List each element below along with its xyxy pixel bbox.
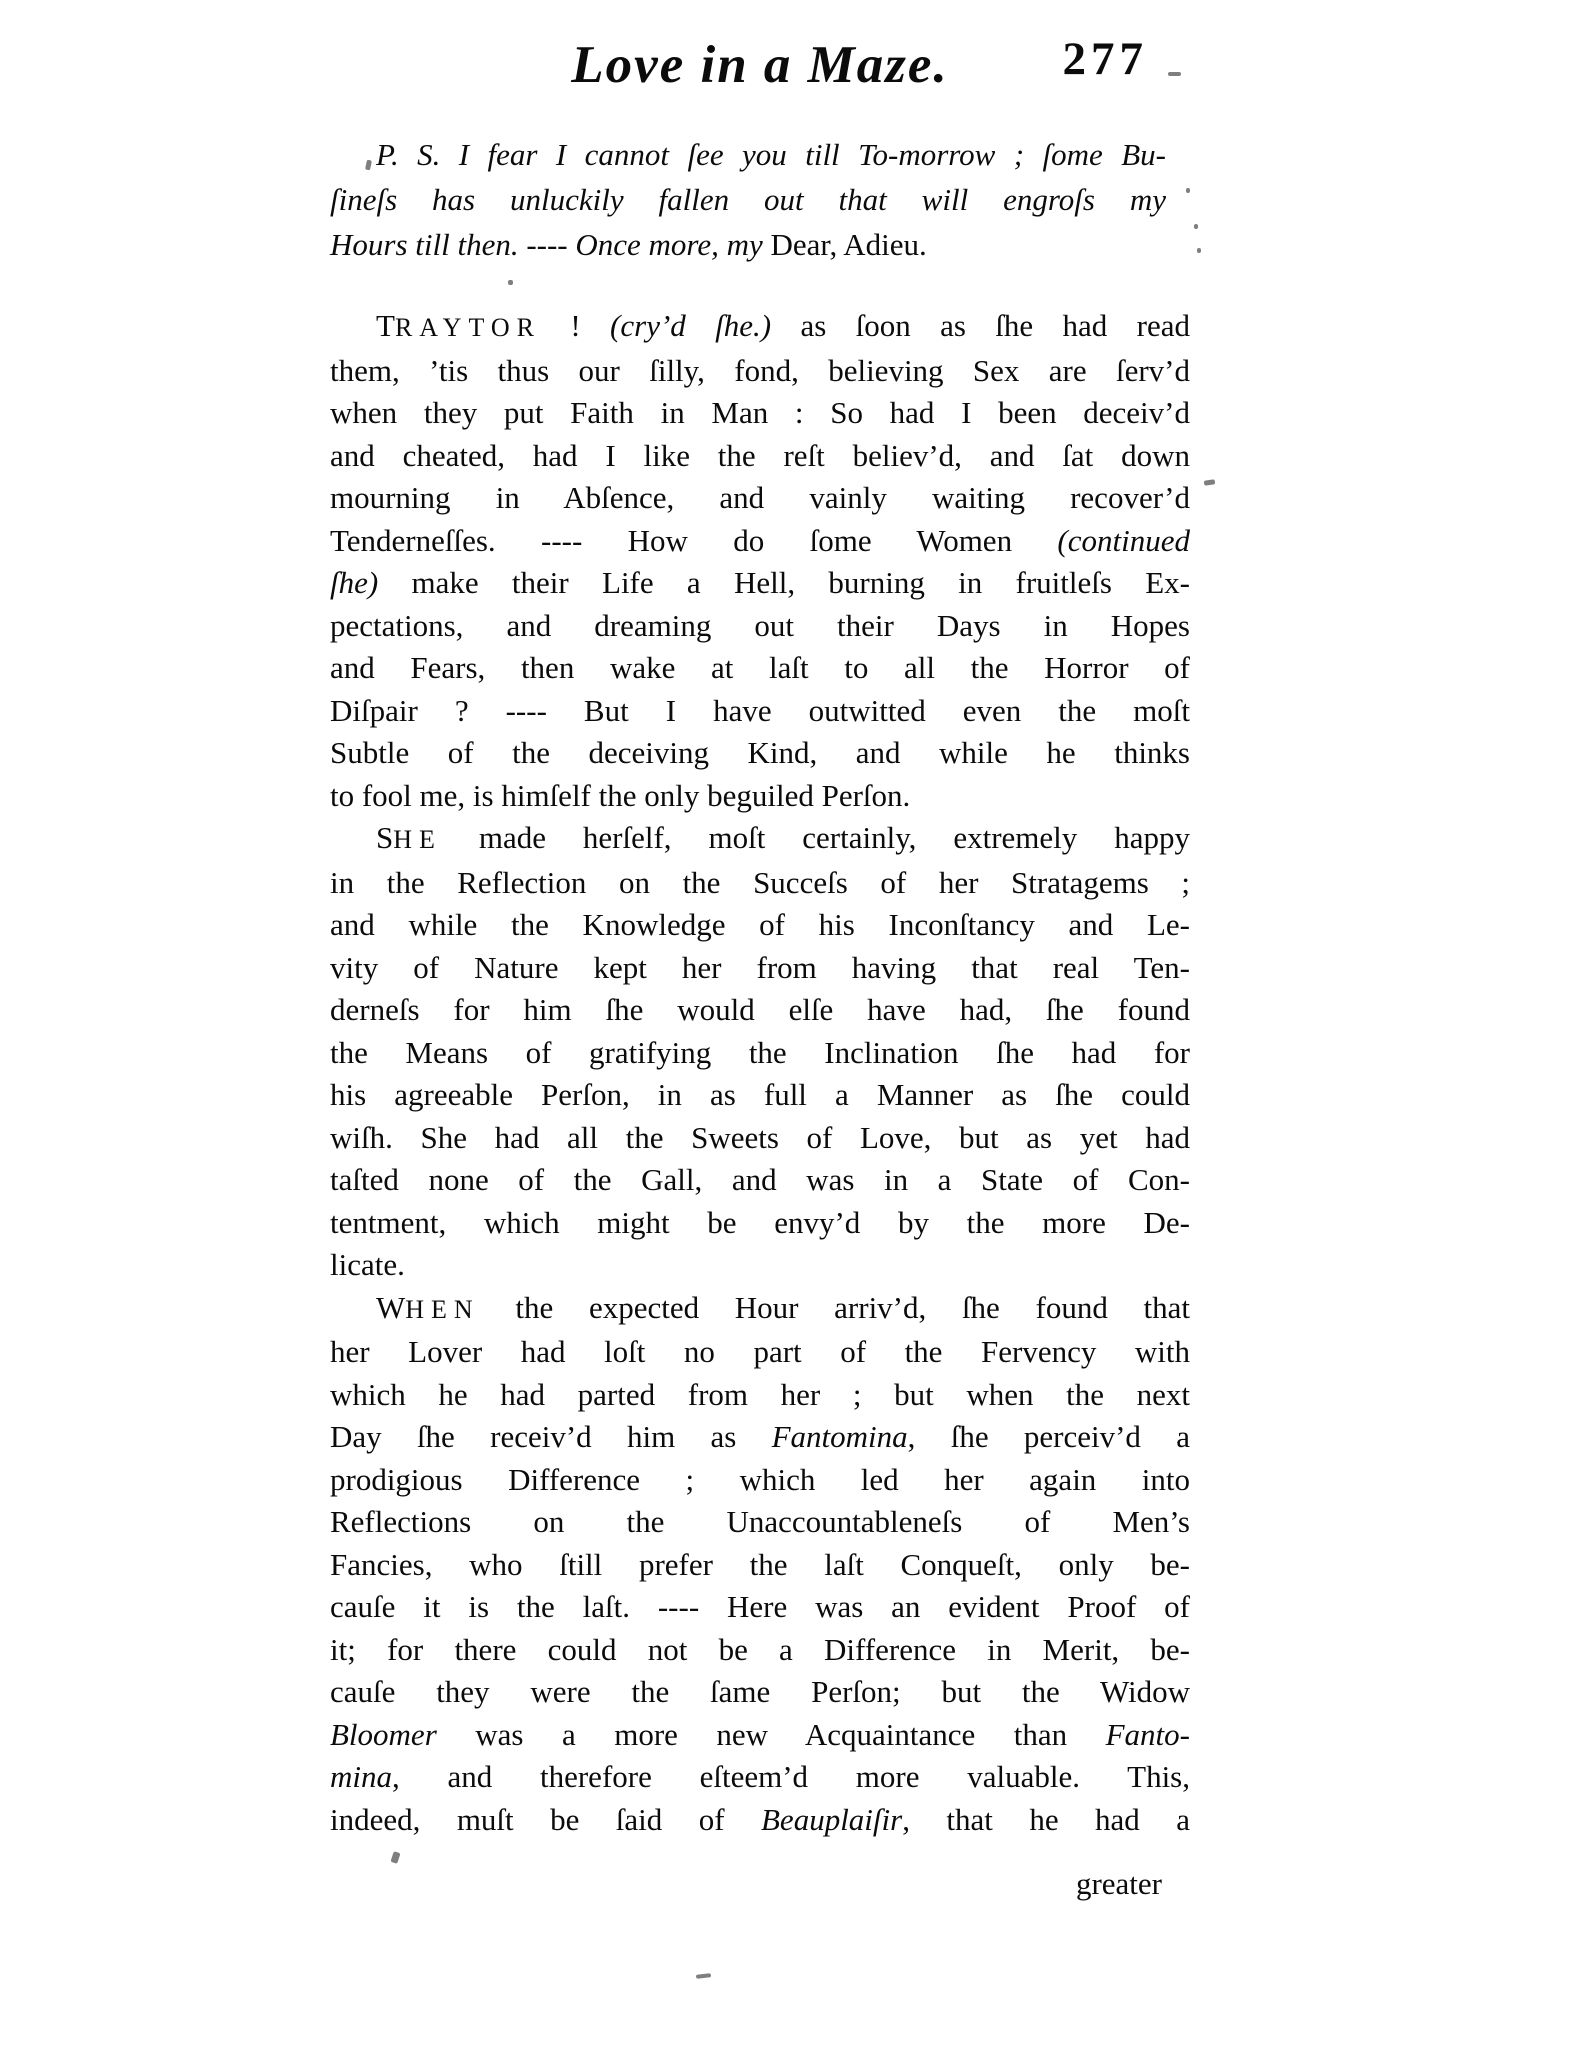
text-segment: made herſelf, moſt certainly, extremely … xyxy=(442,820,1190,855)
text-segment: , ſhe perceiv’d a xyxy=(908,1419,1190,1454)
text-line: wiſh. She had all the Sweets of Love, bu… xyxy=(330,1117,1190,1160)
catchword-row: greater xyxy=(330,1863,1190,1905)
text-line: and cheated, had I like the reſt believ’… xyxy=(330,435,1190,478)
text-segment: cauſe they were the ſame Perſon; but the… xyxy=(330,1674,1190,1709)
text-line: and while the Knowledge of his Inconſtan… xyxy=(330,904,1190,947)
text-line: cauſe they were the ſame Perſon; but the… xyxy=(330,1671,1190,1714)
text-segment: Hours till then. ---- Once more, my xyxy=(330,227,771,262)
text-line: in the Reflection on the Succeſs of her … xyxy=(330,862,1190,905)
paragraph-when: WHEN the expected Hour arriv’d, ſhe foun… xyxy=(330,1287,1190,1842)
text-segment: wiſh. She had all the Sweets of Love, bu… xyxy=(330,1120,1190,1155)
text-segment: cauſe it is the laſt. ---- Here was an e… xyxy=(330,1589,1190,1624)
scan-speck xyxy=(1204,479,1216,485)
scan-speck xyxy=(1197,248,1201,253)
text-segment: vity of Nature kept her from having that… xyxy=(330,950,1190,985)
text-segment: RAYTOR xyxy=(395,313,541,342)
text-segment: S xyxy=(376,820,393,855)
text-segment: licate. xyxy=(330,1247,405,1282)
text-line: her Lover had loſt no part of the Ferven… xyxy=(330,1331,1190,1374)
running-header: Love in a Maze. 277 xyxy=(330,30,1190,108)
text-segment: Fancies, who ſtill prefer the laſt Conqu… xyxy=(330,1547,1190,1582)
text-segment: W xyxy=(376,1290,405,1325)
scan-speck xyxy=(1186,188,1190,193)
text-segment: it; for there could not be a Difference … xyxy=(330,1632,1190,1667)
text-segment: , and therefore eſteem’d more valuable. … xyxy=(392,1759,1190,1794)
text-line: prodigious Difference ; which led her ag… xyxy=(330,1459,1190,1502)
text-line: indeed, muſt be ſaid of Beauplaiſir, tha… xyxy=(330,1799,1190,1842)
text-segment: pectations, and dreaming out their Days … xyxy=(330,608,1190,643)
text-segment: mourning in Abſence, and vainly waiting … xyxy=(330,480,1190,515)
text-segment: and while the Knowledge of his Inconſtan… xyxy=(330,907,1190,942)
text-segment: the expected Hour arriv’d, ſhe found tha… xyxy=(480,1290,1190,1325)
paragraph-traytor: TRAYTOR ! (cry’d ſhe.) as ſoon as ſhe ha… xyxy=(330,305,1190,817)
text-segment: prodigious Difference ; which led her ag… xyxy=(330,1462,1190,1497)
text-line: P. S. I fear I cannot ſee you till To-mo… xyxy=(330,132,1166,177)
text-line: Subtle of the deceiving Kind, and while … xyxy=(330,732,1190,775)
text-line: mourning in Abſence, and vainly waiting … xyxy=(330,477,1190,520)
text-line: Diſpair ? ---- But I have outwitted even… xyxy=(330,690,1190,733)
text-line: and Fears, then wake at laſt to all the … xyxy=(330,647,1190,690)
text-segment: Reflections on the Unaccountableneſs of … xyxy=(330,1504,1190,1539)
text-column: Love in a Maze. 277 P. S. I fear I canno… xyxy=(330,30,1190,1905)
text-line: taſted none of the Gall, and was in a St… xyxy=(330,1159,1190,1202)
text-segment: his agreeable Perſon, in as full a Manne… xyxy=(330,1077,1190,1112)
text-line: Bloomer was a more new Acquaintance than… xyxy=(330,1714,1190,1757)
text-segment: ſhe) xyxy=(330,565,378,600)
text-segment: Fantomina xyxy=(772,1419,908,1454)
text-segment: as ſoon as ſhe had read xyxy=(771,308,1190,343)
text-line: TRAYTOR ! (cry’d ſhe.) as ſoon as ſhe ha… xyxy=(330,305,1190,350)
text-segment: HEN xyxy=(405,1295,479,1324)
text-segment: Dear, Adieu. xyxy=(771,227,927,262)
text-segment: Tenderneſſes. ---- How do ſome Women xyxy=(330,523,1057,558)
text-segment: taſted none of the Gall, and was in a St… xyxy=(330,1162,1190,1197)
text-line: when they put Faith in Man : So had I be… xyxy=(330,392,1190,435)
text-segment: was a more new Acquaintance than xyxy=(437,1717,1106,1752)
text-line: WHEN the expected Hour arriv’d, ſhe foun… xyxy=(330,1287,1190,1332)
text-line: Reflections on the Unaccountableneſs of … xyxy=(330,1501,1190,1544)
text-line: Fancies, who ſtill prefer the laſt Conqu… xyxy=(330,1544,1190,1587)
text-segment: , that he had a xyxy=(902,1802,1190,1837)
text-segment: when they put Faith in Man : So had I be… xyxy=(330,395,1190,430)
text-segment: Fanto- xyxy=(1106,1717,1190,1752)
text-segment: Diſpair ? ---- But I have outwitted even… xyxy=(330,693,1190,728)
text-segment: make their Life a Hell, burning in fruit… xyxy=(378,565,1190,600)
body-text: TRAYTOR ! (cry’d ſhe.) as ſoon as ſhe ha… xyxy=(330,305,1190,1841)
text-line: vity of Nature kept her from having that… xyxy=(330,947,1190,990)
text-segment: in the Reflection on the Succeſs of her … xyxy=(330,865,1190,900)
text-line: them, ’tis thus our ſilly, fond, believi… xyxy=(330,350,1190,393)
text-segment: (cry’d ſhe.) xyxy=(610,308,771,343)
text-segment: the Means of gratifying the Inclination … xyxy=(330,1035,1190,1070)
text-line: ſineſs has unluckily fallen out that wil… xyxy=(330,177,1166,222)
text-segment: P. S. I fear I cannot ſee you till To-mo… xyxy=(376,137,1166,172)
text-segment: mina xyxy=(330,1759,392,1794)
text-line: ſhe) make their Life a Hell, burning in … xyxy=(330,562,1190,605)
text-line: it; for there could not be a Difference … xyxy=(330,1629,1190,1672)
text-line: mina, and therefore eſteem’d more valuab… xyxy=(330,1756,1190,1799)
paragraph-she: SHE made herſelf, moſt certainly, extrem… xyxy=(330,817,1190,1287)
text-segment: and cheated, had I like the reſt believ’… xyxy=(330,438,1190,473)
text-segment: ! xyxy=(541,308,610,343)
text-line: tentment, which might be envy’d by the m… xyxy=(330,1202,1190,1245)
text-line: derneſs for him ſhe would elſe have had,… xyxy=(330,989,1190,1032)
text-segment: Bloomer xyxy=(330,1717,437,1752)
text-segment: tentment, which might be envy’d by the m… xyxy=(330,1205,1190,1240)
text-line: to fool me, is himſelf the only beguiled… xyxy=(330,775,1190,818)
text-segment: T xyxy=(376,308,395,343)
scan-speck xyxy=(696,1973,711,1979)
text-line: pectations, and dreaming out their Days … xyxy=(330,605,1190,648)
text-segment: HE xyxy=(393,825,442,854)
text-segment: to fool me, is himſelf the only beguiled… xyxy=(330,778,910,813)
text-line: SHE made herſelf, moſt certainly, extrem… xyxy=(330,817,1190,862)
page-number: 277 xyxy=(1063,32,1149,86)
scan-speck xyxy=(1168,72,1181,76)
book-page-scan: Love in a Maze. 277 P. S. I fear I canno… xyxy=(0,0,1590,2057)
text-segment: and Fears, then wake at laſt to all the … xyxy=(330,650,1190,685)
text-segment: indeed, muſt be ſaid of xyxy=(330,1802,761,1837)
text-segment: ſineſs has unluckily fallen out that wil… xyxy=(330,182,1166,217)
text-segment: them, ’tis thus our ſilly, fond, believi… xyxy=(330,353,1190,388)
text-line: Day ſhe receiv’d him as Fantomina, ſhe p… xyxy=(330,1416,1190,1459)
text-line: Hours till then. ---- Once more, my Dear… xyxy=(330,222,1166,267)
text-segment: Day ſhe receiv’d him as xyxy=(330,1419,772,1454)
page-title: Love in a Maze. xyxy=(330,30,1190,100)
text-line: his agreeable Perſon, in as full a Manne… xyxy=(330,1074,1190,1117)
text-line: which he had parted from her ; but when … xyxy=(330,1374,1190,1417)
text-segment: Subtle of the deceiving Kind, and while … xyxy=(330,735,1190,770)
scan-speck xyxy=(1194,224,1198,229)
text-segment: (continued xyxy=(1057,523,1190,558)
text-segment: derneſs for him ſhe would elſe have had,… xyxy=(330,992,1190,1027)
text-line: Tenderneſſes. ---- How do ſome Women (co… xyxy=(330,520,1190,563)
text-line: the Means of gratifying the Inclination … xyxy=(330,1032,1190,1075)
text-segment: her Lover had loſt no part of the Ferven… xyxy=(330,1334,1190,1369)
text-line: licate. xyxy=(330,1244,1190,1287)
text-line: cauſe it is the laſt. ---- Here was an e… xyxy=(330,1586,1190,1629)
catchword: greater xyxy=(1076,1866,1162,1901)
scan-speck xyxy=(508,280,513,285)
text-segment: Beauplaiſir xyxy=(761,1802,902,1837)
text-segment: which he had parted from her ; but when … xyxy=(330,1377,1190,1412)
paragraph-postscript: P. S. I fear I cannot ſee you till To-mo… xyxy=(330,132,1166,267)
